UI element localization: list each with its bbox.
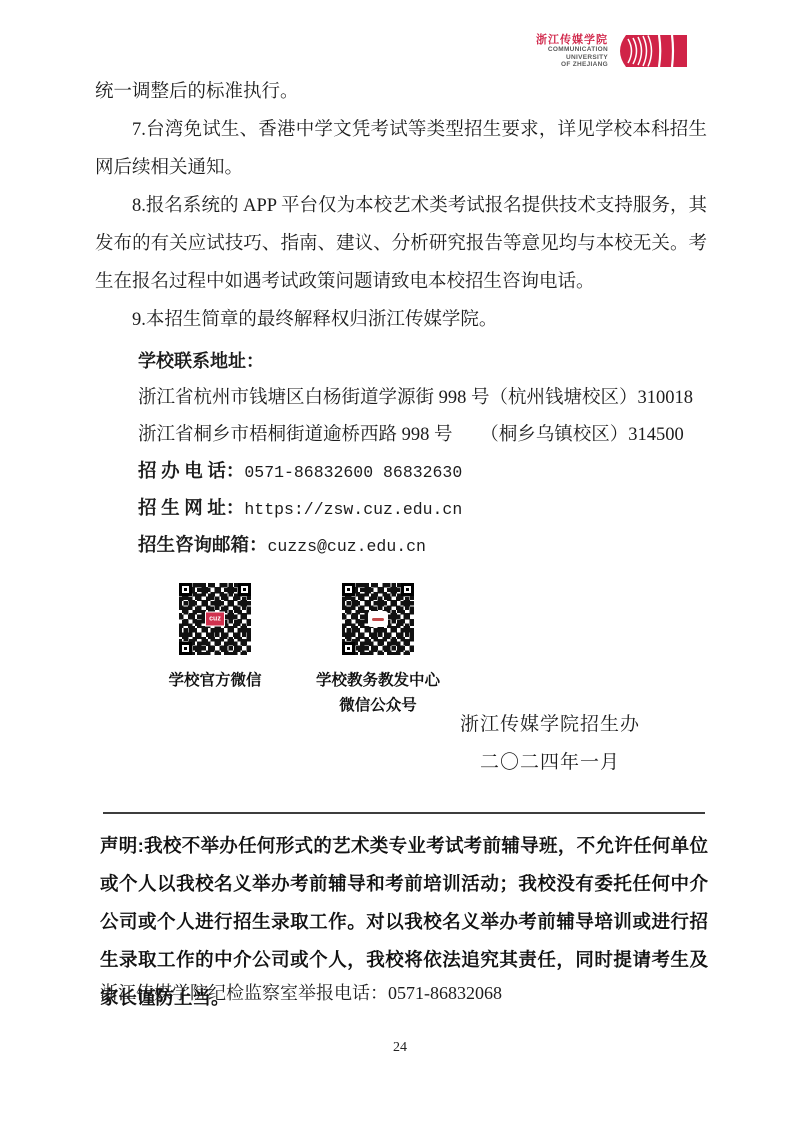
admission-phone-line: 招 办 电 话：0571-86832600 86832630 — [138, 454, 713, 491]
logo-wordmark: 浙江传媒学院 COMMUNICATION UNIVERSITY OF ZHEJI… — [536, 33, 608, 69]
qr-finder-icon — [342, 583, 355, 596]
qr-code-academic-center — [342, 583, 414, 655]
body-paragraph: 7.台湾免试生、香港中学文凭考试等类型招生要求，详见学校本科招生网后续相关通知。 — [95, 111, 707, 187]
logo-english-name-line1: COMMUNICATION — [536, 46, 608, 54]
document-page: 浙江传媒学院 COMMUNICATION UNIVERSITY OF ZHEJI… — [0, 0, 800, 1132]
qr-finder-icon — [179, 583, 192, 596]
phone-value: 0571-86832600 86832630 — [244, 463, 462, 482]
signature-block: 浙江传媒学院招生办 二〇二四年一月 — [400, 706, 700, 782]
wechat-account-badge — [368, 611, 388, 627]
signature-org: 浙江传媒学院招生办 — [400, 706, 700, 744]
body-text: 统一调整后的标准执行。 7.台湾免试生、香港中学文凭考试等类型招生要求，详见学校… — [95, 73, 707, 339]
qr-caption-official-wechat: 学校官方微信 — [168, 668, 261, 693]
website-value: https://zsw.cuz.edu.cn — [244, 500, 462, 519]
contact-heading: 学校联系地址： — [138, 343, 713, 380]
qr-finder-icon — [238, 583, 251, 596]
page-number: 24 — [0, 1040, 800, 1056]
body-paragraph: 9.本招生简章的最终解释权归浙江传媒学院。 — [95, 301, 707, 339]
qr-code-official-wechat: cuz — [179, 583, 251, 655]
website-label: 招 生 网 址： — [138, 499, 244, 519]
admission-email-line: 招生咨询邮箱：cuzzs@cuz.edu.cn — [138, 528, 713, 565]
academic-center-qr-figure: 学校教务教发中心 微信公众号 — [308, 583, 448, 718]
qr-finder-icon — [342, 642, 355, 655]
section-divider — [103, 812, 705, 814]
cuz-logo-badge: cuz — [205, 612, 225, 627]
discipline-hotline: 浙江传媒学院纪检监察室举报电话：0571-86832068 — [100, 974, 502, 1012]
address-line-hangzhou: 浙江省杭州市钱塘区白杨街道学源街 998 号（杭州钱塘校区）310018 — [138, 380, 713, 417]
university-logo: 浙江传媒学院 COMMUNICATION UNIVERSITY OF ZHEJI… — [536, 33, 688, 69]
contact-info: 学校联系地址： 浙江省杭州市钱塘区白杨街道学源街 998 号（杭州钱塘校区）31… — [138, 343, 713, 565]
qr-caption-line1: 学校教务教发中心 — [316, 668, 440, 693]
official-wechat-qr-figure: cuz 学校官方微信 — [152, 583, 278, 693]
badge-bar-icon — [372, 618, 384, 621]
email-value: cuzzs@cuz.edu.cn — [268, 537, 426, 556]
logo-english-name-line2: UNIVERSITY — [536, 54, 608, 62]
signature-date: 二〇二四年一月 — [400, 744, 700, 782]
body-paragraph: 统一调整后的标准执行。 — [95, 73, 707, 111]
logo-chinese-name: 浙江传媒学院 — [536, 34, 608, 46]
admission-website-line: 招 生 网 址：https://zsw.cuz.edu.cn — [138, 491, 713, 528]
soundwave-logo-icon — [612, 33, 688, 69]
body-paragraph: 8.报名系统的 APP 平台仅为本校艺术类考试报名提供技术支持服务，其发布的有关… — [95, 187, 707, 301]
logo-english-name-line3: OF ZHEJIANG — [536, 61, 608, 69]
qr-finder-icon — [179, 642, 192, 655]
phone-label: 招 办 电 话： — [138, 462, 244, 482]
email-label: 招生咨询邮箱： — [138, 536, 268, 556]
address-line-tongxiang: 浙江省桐乡市梧桐街道逾桥西路 998 号 （桐乡乌镇校区）314500 — [138, 417, 713, 454]
qr-finder-icon — [401, 583, 414, 596]
